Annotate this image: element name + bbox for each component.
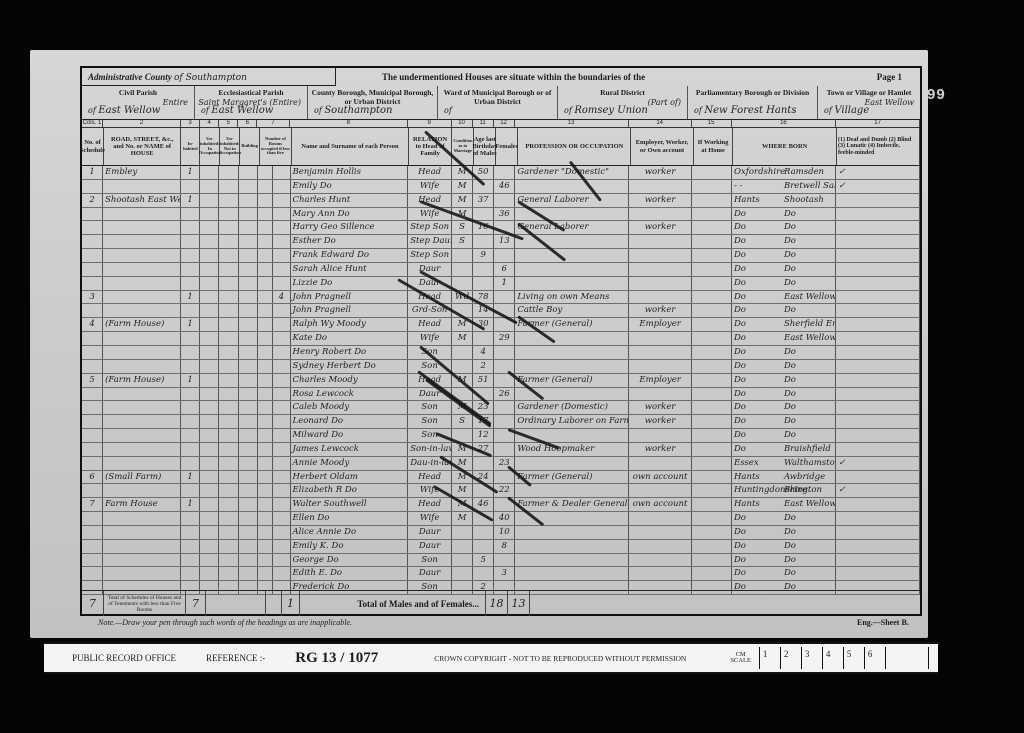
cell-empty: [258, 318, 273, 331]
cell-name: Sydney Herbert Do: [291, 360, 409, 373]
cell-inhab: [181, 388, 200, 401]
cell-employ: worker: [629, 415, 692, 428]
cell-house: [103, 346, 181, 359]
boundaries-sentence: The undermentioned Houses are situate wi…: [382, 72, 645, 82]
cell-relation: Daur: [408, 526, 452, 539]
cell-inhab: [181, 526, 200, 539]
cell-name: Elizabeth R Do: [291, 484, 409, 497]
cell-name: Alice Annie Do: [291, 526, 409, 539]
cell-name: Benjamin Hollis: [291, 166, 409, 179]
cell-sched: 4: [82, 318, 103, 331]
cell-occupation: Living on own Means: [515, 291, 629, 304]
cell-empty: [258, 388, 273, 401]
cell-empty: [219, 457, 238, 470]
cell-house: (Farm House): [103, 318, 181, 331]
column-number: 11: [473, 120, 494, 127]
cell-employ: worker: [629, 221, 692, 234]
area-2: County Borough, Municipal Borough, or Ur…: [308, 86, 438, 119]
table-row: 6(Small Farm)1Herbert OldamHeadM24Farmer…: [82, 471, 920, 485]
total-females: 13: [508, 591, 530, 616]
heading-c17: (1) Deaf and Dumb (2) Blind (3) Lunatic …: [837, 128, 920, 165]
cell-cond: M: [452, 194, 473, 207]
cell-infirm: [836, 415, 920, 428]
cell-empty: [200, 318, 219, 331]
cell-empty: [219, 318, 238, 331]
cell-empty: [692, 221, 732, 234]
column-number: 9: [408, 120, 452, 127]
cell-empty: [258, 540, 273, 553]
cell-cond: [452, 526, 473, 539]
cell-inhab: [181, 540, 200, 553]
heading-c7: Number of Rooms occupied if less than fi…: [260, 128, 292, 165]
cell-infirm: [836, 388, 920, 401]
cell-occupation: [515, 526, 629, 539]
cell-infirm: [836, 401, 920, 414]
cell-empty: [258, 401, 273, 414]
cell-employ: [629, 263, 692, 276]
cell-empty: [200, 374, 219, 387]
cell-rooms: [273, 512, 290, 525]
piece-folio-number: 99: [927, 86, 946, 103]
cell-empty: [200, 221, 219, 234]
cell-male-age: [473, 263, 494, 276]
cell-male-age: [473, 235, 494, 248]
cell-empty: [200, 540, 219, 553]
cell-employ: worker: [629, 304, 692, 317]
table-row: James LewcockSon-in-lawM27Wood Hoopmaker…: [82, 443, 920, 457]
cell-empty: [692, 374, 732, 387]
cell-male-age: [473, 526, 494, 539]
cell-male-age: 9: [473, 249, 494, 262]
cell-empty: [692, 263, 732, 276]
cell-occupation: [515, 277, 629, 290]
cell-empty: [200, 360, 219, 373]
cell-male-age: [473, 567, 494, 580]
cell-male-age: [473, 277, 494, 290]
cell-infirm: ✓: [836, 166, 920, 179]
cell-empty: [239, 512, 258, 525]
cell-rooms: [273, 401, 290, 414]
cell-sched: [82, 415, 103, 428]
cell-house: [103, 512, 181, 525]
admin-county-value: of Southampton: [174, 73, 247, 83]
cell-empty: [239, 443, 258, 456]
cell-relation: Son: [408, 401, 452, 414]
cell-sched: 1: [82, 166, 103, 179]
cell-empty: [692, 277, 732, 290]
cell-cond: [452, 360, 473, 373]
total-schedules: 7: [82, 591, 104, 616]
cell-employ: [629, 484, 692, 497]
cell-where-born: DoDo: [732, 554, 836, 567]
cell-house: [103, 443, 181, 456]
cell-sched: 7: [82, 498, 103, 511]
cell-house: [103, 401, 181, 414]
cell-infirm: ✓: [836, 180, 920, 193]
cell-empty: [258, 249, 273, 262]
column-number: 3: [181, 120, 200, 127]
cell-inhab: [181, 443, 200, 456]
scale-mark: 3: [801, 647, 822, 669]
cell-rooms: [273, 554, 290, 567]
cell-house: [103, 554, 181, 567]
cell-empty: [239, 401, 258, 414]
cell-sched: 2: [82, 194, 103, 207]
heading-c15: If Working at Home: [694, 128, 734, 165]
cell-empty: [219, 484, 238, 497]
cell-empty: [692, 194, 732, 207]
cell-empty: [219, 429, 238, 442]
cell-occupation: [515, 554, 629, 567]
cell-cond: [452, 346, 473, 359]
cell-employ: [629, 332, 692, 345]
cell-occupation: [515, 567, 629, 580]
cell-empty: [692, 484, 732, 497]
cell-infirm: [836, 332, 920, 345]
cell-empty: [200, 457, 219, 470]
cell-employ: [629, 554, 692, 567]
cell-where-born: DoEast Wellow: [732, 291, 836, 304]
cell-sched: [82, 484, 103, 497]
cell-house: [103, 429, 181, 442]
cell-empty: [200, 498, 219, 511]
cell-empty: [692, 291, 732, 304]
heading-c5: Un-inhabited: Not in Occupation: [220, 128, 240, 165]
area-boundaries: Civil Parish Entire East WellowEcclesias…: [82, 86, 920, 120]
cell-rooms: [273, 498, 290, 511]
reference-number: RG 13 / 1077: [295, 650, 378, 667]
cell-occupation: Farmer (General): [515, 374, 629, 387]
cell-empty: [200, 471, 219, 484]
cell-empty: [692, 332, 732, 345]
cell-empty: [219, 180, 238, 193]
cell-empty: [258, 567, 273, 580]
cell-empty: [239, 235, 258, 248]
cell-empty: [219, 540, 238, 553]
cell-employ: worker: [629, 401, 692, 414]
cell-empty: [219, 194, 238, 207]
table-row: Henry Robert DoSon4DoDo: [82, 346, 920, 360]
cell-empty: [219, 498, 238, 511]
cell-relation: Daur: [408, 263, 452, 276]
cell-infirm: [836, 526, 920, 539]
cell-empty: [258, 332, 273, 345]
cell-empty: [219, 360, 238, 373]
table-row: Milward DoSon12DoDo: [82, 429, 920, 443]
cell-empty: [219, 304, 238, 317]
cell-relation: Wife: [408, 512, 452, 525]
cell-empty: [219, 249, 238, 262]
total-males: 18: [486, 591, 508, 616]
cell-inhab: 1: [181, 291, 200, 304]
cell-relation: Daur: [408, 567, 452, 580]
cell-female-age: [494, 401, 515, 414]
cell-empty: [258, 194, 273, 207]
cell-where-born: DoDo: [732, 249, 836, 262]
table-row: 314John PragnellHeadWd78Living on own Me…: [82, 291, 920, 305]
cell-house: [103, 388, 181, 401]
cell-empty: [692, 208, 732, 221]
cell-house: [103, 249, 181, 262]
cell-employ: Employer: [629, 374, 692, 387]
cell-rooms: [273, 235, 290, 248]
table-row: Alice Annie DoDaur10DoDo: [82, 526, 920, 540]
cell-relation: Son: [408, 554, 452, 567]
cell-male-age: [473, 208, 494, 221]
cell-empty: [219, 443, 238, 456]
cell-inhab: [181, 457, 200, 470]
cell-rooms: [273, 526, 290, 539]
archive-footer: PUBLIC RECORD OFFICE REFERENCE :- RG 13 …: [44, 642, 938, 674]
cell-male-age: 37: [473, 194, 494, 207]
cell-inhab: [181, 249, 200, 262]
cell-empty: [239, 194, 258, 207]
area-6: Town or Village or Hamlet East Wellow Vi…: [818, 86, 920, 119]
column-number: 12: [494, 120, 515, 127]
cell-relation: Step Son: [408, 249, 452, 262]
cell-female-age: 6: [494, 263, 515, 276]
cell-sched: [82, 443, 103, 456]
cell-where-born: HantsAwbridge: [732, 471, 836, 484]
cell-cond: S: [452, 235, 473, 248]
cell-where-born: - -Bretwell Salome: [732, 180, 836, 193]
cell-empty: [258, 180, 273, 193]
cell-rooms: [273, 221, 290, 234]
cell-employ: own account: [629, 498, 692, 511]
cell-where-born: DoDo: [732, 263, 836, 276]
cell-employ: [629, 291, 692, 304]
cell-employ: [629, 249, 692, 262]
cell-empty: [200, 249, 219, 262]
cell-empty: [258, 346, 273, 359]
cell-empty: [239, 318, 258, 331]
cell-rooms: [273, 567, 290, 580]
cell-empty: [239, 332, 258, 345]
table-row: 2Shootash East Wellow1Charles HuntHeadM3…: [82, 194, 920, 208]
cell-relation: Head: [408, 471, 452, 484]
totals-label: Total of Males and of Females...: [300, 591, 486, 616]
cell-rooms: [273, 194, 290, 207]
cell-empty: [258, 415, 273, 428]
table-row: 1Embley1Benjamin HollisHeadM50Gardener "…: [82, 166, 920, 180]
cell-empty: [200, 554, 219, 567]
cell-female-age: 40: [494, 512, 515, 525]
cell-name: Walter Southwell: [291, 498, 409, 511]
table-row: Ellen DoWifeM40DoDo: [82, 512, 920, 526]
cell-inhab: 1: [181, 318, 200, 331]
cell-employ: [629, 526, 692, 539]
heading-c2: ROAD, STREET, &c., and No. or NAME of HO…: [104, 128, 181, 165]
cell-empty: [200, 194, 219, 207]
heading-c16: WHERE BORN: [733, 128, 837, 165]
cell-empty: [219, 374, 238, 387]
cell-inhab: [181, 277, 200, 290]
cell-empty: [258, 263, 273, 276]
cell-name: Ellen Do: [291, 512, 409, 525]
cell-occupation: [515, 263, 629, 276]
cell-infirm: ✓: [836, 457, 920, 470]
cell-empty: [258, 374, 273, 387]
cell-female-age: [494, 166, 515, 179]
cell-house: [103, 360, 181, 373]
cell-inhab: [181, 208, 200, 221]
scale-mark: [885, 647, 929, 669]
cell-cond: M: [452, 484, 473, 497]
cell-where-born: HuntingdonshireBrington: [732, 484, 836, 497]
cell-empty: [219, 277, 238, 290]
cell-empty: [200, 429, 219, 442]
cell-empty: [200, 346, 219, 359]
area-3: Ward of Municipal Borough or of Urban Di…: [438, 86, 558, 119]
cell-where-born: DoDo: [732, 512, 836, 525]
cell-name: Sarah Alice Hunt: [291, 263, 409, 276]
cell-employ: worker: [629, 194, 692, 207]
cell-rooms: [273, 263, 290, 276]
cell-house: [103, 263, 181, 276]
cell-empty: [239, 498, 258, 511]
cell-empty: [692, 512, 732, 525]
administrative-county: Administrative County of Southampton: [82, 68, 336, 86]
heading-c13: PROFESSION OR OCCUPATION: [518, 128, 631, 165]
cell-male-age: [473, 457, 494, 470]
table-row: George DoSon5DoDo: [82, 554, 920, 568]
cell-employ: [629, 540, 692, 553]
cell-empty: [239, 346, 258, 359]
cell-infirm: [836, 208, 920, 221]
table-row: Kate DoWifeM29DoEast Wellow: [82, 332, 920, 346]
cell-empty: [239, 360, 258, 373]
cell-female-age: 1: [494, 277, 515, 290]
cell-sched: [82, 554, 103, 567]
total-inhabited: 7: [186, 591, 206, 616]
cell-male-age: [473, 540, 494, 553]
cell-name: Annie Moody: [291, 457, 409, 470]
total-rooms: 1: [282, 591, 300, 616]
cell-where-born: DoDo: [732, 415, 836, 428]
cell-rooms: [273, 208, 290, 221]
cell-empty: [219, 512, 238, 525]
cell-inhab: [181, 512, 200, 525]
cell-name: Frank Edward Do: [291, 249, 409, 262]
cell-inhab: [181, 567, 200, 580]
cell-female-age: [494, 554, 515, 567]
cell-empty: [239, 208, 258, 221]
cell-infirm: [836, 221, 920, 234]
table-row: Lizzie DoDaur1DoDo: [82, 277, 920, 291]
cell-infirm: [836, 429, 920, 442]
cell-infirm: ✓: [836, 484, 920, 497]
column-number: 7: [257, 120, 289, 127]
cell-male-age: 51: [473, 374, 494, 387]
column-numbers: Cols. 1234567891011121314151617: [82, 120, 920, 128]
cell-sched: [82, 429, 103, 442]
cell-name: Caleb Moody: [291, 401, 409, 414]
cell-occupation: Farmer & Dealer General: [515, 498, 629, 511]
cell-sched: [82, 235, 103, 248]
cell-sched: [82, 388, 103, 401]
cell-inhab: [181, 360, 200, 373]
cell-name: Milward Do: [291, 429, 409, 442]
cell-rooms: [273, 415, 290, 428]
area-4: Rural District (Part of) Romsey Union: [558, 86, 688, 119]
cell-sched: [82, 263, 103, 276]
cell-empty: [258, 208, 273, 221]
cell-house: Farm House: [103, 498, 181, 511]
cell-relation: Step Daur: [408, 235, 452, 248]
record-office: PUBLIC RECORD OFFICE: [72, 653, 176, 663]
cell-relation: Head: [408, 166, 452, 179]
cell-inhab: [181, 429, 200, 442]
heading-c3: In-habited: [181, 128, 200, 165]
cell-house: [103, 332, 181, 345]
cell-cond: M: [452, 180, 473, 193]
cell-empty: [200, 304, 219, 317]
cell-male-age: 12: [473, 429, 494, 442]
cell-female-age: 8: [494, 540, 515, 553]
cell-rooms: [273, 540, 290, 553]
cell-infirm: [836, 235, 920, 248]
heading-c12: Females: [496, 128, 518, 165]
cell-house: [103, 457, 181, 470]
area-0: Civil Parish Entire East Wellow: [82, 86, 195, 119]
cell-cond: M: [452, 512, 473, 525]
cell-name: John Pragnell: [291, 291, 409, 304]
cell-inhab: 1: [181, 166, 200, 179]
column-number: 5: [219, 120, 238, 127]
cell-name: Herbert Oldam: [291, 471, 409, 484]
cell-empty: [258, 360, 273, 373]
cell-female-age: 13: [494, 235, 515, 248]
cell-cond: [452, 540, 473, 553]
cell-empty: [258, 526, 273, 539]
cell-where-born: DoEast Wellow: [732, 332, 836, 345]
cell-rooms: [273, 471, 290, 484]
cell-sched: [82, 512, 103, 525]
cell-inhab: [181, 554, 200, 567]
table-row: Sydney Herbert DoSon2DoDo: [82, 360, 920, 374]
cell-empty: [692, 471, 732, 484]
cell-empty: [692, 304, 732, 317]
cell-employ: [629, 208, 692, 221]
column-number: 2: [103, 120, 181, 127]
table-row: Esther DoStep DaurS13DoDo: [82, 235, 920, 249]
table-row: Emily DoWifeM46- -Bretwell Salome✓: [82, 180, 920, 194]
column-number: 16: [732, 120, 837, 127]
cell-empty: [200, 567, 219, 580]
cell-name: Ralph Wy Moody: [291, 318, 409, 331]
cell-empty: [258, 221, 273, 234]
cell-empty: [200, 180, 219, 193]
cell-female-age: [494, 415, 515, 428]
cell-relation: Step Son: [408, 221, 452, 234]
cell-where-born: DoDo: [732, 567, 836, 580]
cell-infirm: [836, 346, 920, 359]
table-row: Edith E. DoDaur3DoDo: [82, 567, 920, 581]
cell-infirm: [836, 318, 920, 331]
cell-rooms: [273, 484, 290, 497]
cell-house: [103, 415, 181, 428]
reference-label: REFERENCE :-: [206, 653, 265, 663]
cell-empty: [200, 291, 219, 304]
cell-empty: [200, 415, 219, 428]
cell-empty: [200, 401, 219, 414]
cell-occupation: [515, 332, 629, 345]
cell-cond: [452, 567, 473, 580]
cell-sched: [82, 540, 103, 553]
cell-inhab: [181, 332, 200, 345]
cell-relation: Wife: [408, 180, 452, 193]
cell-empty: [239, 526, 258, 539]
